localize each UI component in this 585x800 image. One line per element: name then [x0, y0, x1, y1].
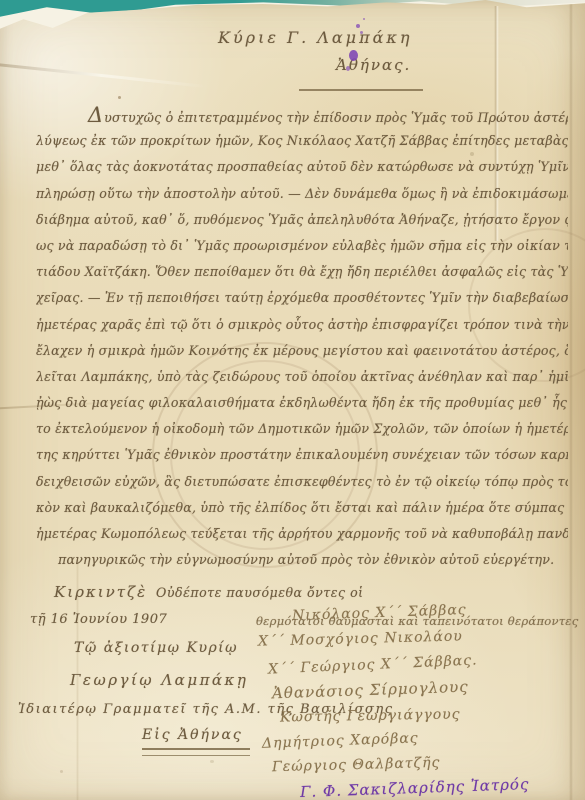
- body-line: διάβημα αὐτοῦ, καθ᾽ ὅ, πυθόμενος Ὑμᾶς ἀπ…: [36, 207, 568, 233]
- body-line: πληρώσῃ οὕτω τὴν ἀποστολὴν αὐτοῦ. — Δὲν …: [36, 181, 568, 207]
- purple-ink-dot: [356, 24, 360, 28]
- signature: Χ΄΄ Μοσχόγιος Νικολάου: [258, 628, 463, 649]
- paper-speck: [540, 620, 543, 623]
- body-line: της κηρύττει Ὑμᾶς ἐθνικὸν προστάτην ἐπικ…: [36, 442, 568, 468]
- signature: Κωστῆς Γεωργιάγγους: [280, 706, 461, 725]
- address-line-2: Γεωργίῳ Λαμπάκῃ: [70, 671, 248, 689]
- body-line: ως νὰ παραδώσῃ τὸ δι᾽ Ὑμᾶς προωρισμένον …: [36, 233, 568, 259]
- body-line: τιάδου Χαϊτζάκη. Ὅθεν πεποίθαμεν ὅτι θὰ …: [36, 259, 568, 285]
- city-line: Ἀθήνας.: [336, 56, 411, 74]
- paper-speck: [470, 152, 474, 156]
- body-line: μεθ᾽ ὅλας τὰς ἀοκνοτάτας προσπαθείας αὐτ…: [36, 154, 568, 180]
- purple-ink-dot: [363, 18, 365, 20]
- purple-ink-dot: [346, 66, 350, 71]
- letter-paper: Κύριε Γ. Λαμπάκη Ἀθήνας. Δυστυχῶς ὁ ἐπιτ…: [0, 0, 585, 800]
- paper-speck: [210, 760, 214, 763]
- body-line: ᾐὼς διὰ μαγείας φιλοκαλαισθήματα ἐκδηλωθ…: [36, 390, 568, 416]
- address-double-underline: [142, 748, 250, 756]
- body-line: Δυστυχῶς ὁ ἐπιτετραμμένος τὴν ἐπίδοσιν π…: [36, 102, 568, 128]
- scanned-letter-page: Κύριε Γ. Λαμπάκη Ἀθήνας. Δυστυχῶς ὁ ἐπιτ…: [0, 0, 585, 800]
- address-line-4: Εἰς Ἀθήνας: [142, 727, 243, 743]
- purple-ink-blot: [349, 50, 358, 61]
- signature: Ἀθανάσιος Σίρμογλους: [272, 678, 469, 703]
- fold-crease-topleft: [0, 63, 209, 88]
- body-line: το ἐκτελούμενον ἡ οἰκοδομὴ τῶν Δημοτικῶν…: [36, 416, 568, 442]
- signature: Δημήτριος Χαρόβας: [262, 730, 419, 751]
- body-line: δειχθεισῶν εὐχῶν, ἃς διετυπώσατε ἐπισκεφ…: [36, 469, 568, 495]
- body-line: ἔλαχεν ἡ σμικρὰ ἡμῶν Κοινότης ἐκ μέρους …: [36, 338, 568, 364]
- address-line-1: Τῷ ἀξιοτίμῳ Κυρίῳ: [74, 640, 238, 656]
- body-line: λεῖται Λαμπάκης, ὑπὸ τὰς ζειδώρους τοῦ ὁ…: [36, 364, 568, 390]
- purple-ink-dot: [360, 31, 363, 34]
- place-line: Κιρκιντζὲ: [54, 583, 147, 601]
- body-line: ἡμετέρας χαρᾶς ἐπὶ τῷ ὅτι ὁ σμικρὸς οὗτο…: [36, 312, 568, 338]
- valediction-intro: Οὐδέποτε παυσόμεθα ὄντες οἱ: [156, 585, 364, 600]
- signature: Χ΄΄ Γεώργιος Χ΄΄ Σάββας.: [268, 652, 478, 677]
- body-line: ἡμετέρας Κωμοπόλεως τεύξεται τῆς ἀρρήτου…: [36, 521, 568, 547]
- date-line: τῇ 16 Ἰουνίου 1907: [30, 612, 167, 627]
- signature: Γεώργιος Θαλβατζῆς: [272, 755, 441, 775]
- paper-speck: [60, 770, 63, 773]
- body-line: λύψεως ἐκ τῶν προκρίτων ἡμῶν, Κος Νικόλα…: [36, 128, 568, 154]
- body-line: πανηγυρικῶς τὴν εὐγνωμοσύνην αὐτοῦ πρὸς …: [36, 547, 568, 573]
- letter-body: Δυστυχῶς ὁ ἐπιτετραμμένος τὴν ἐπίδοσιν π…: [36, 102, 568, 573]
- recipient-line: Κύριε Γ. Λαμπάκη: [218, 28, 412, 47]
- fold-crease-right-edge: [569, 0, 573, 800]
- body-line: χεῖρας. — Ἐν τῇ πεποιθήσει ταύτῃ ἐρχόμεθ…: [36, 285, 568, 311]
- header-underline: [299, 89, 423, 91]
- body-line: κὸν καὶ βαυκαλιζόμεθα, ὑπὸ τῆς ἐλπίδος ὅ…: [36, 495, 568, 521]
- signature-purple-ink: Γ. Φ. Σακιζλαρίδης Ἰατρός: [300, 775, 530, 800]
- paper-speck: [118, 96, 121, 99]
